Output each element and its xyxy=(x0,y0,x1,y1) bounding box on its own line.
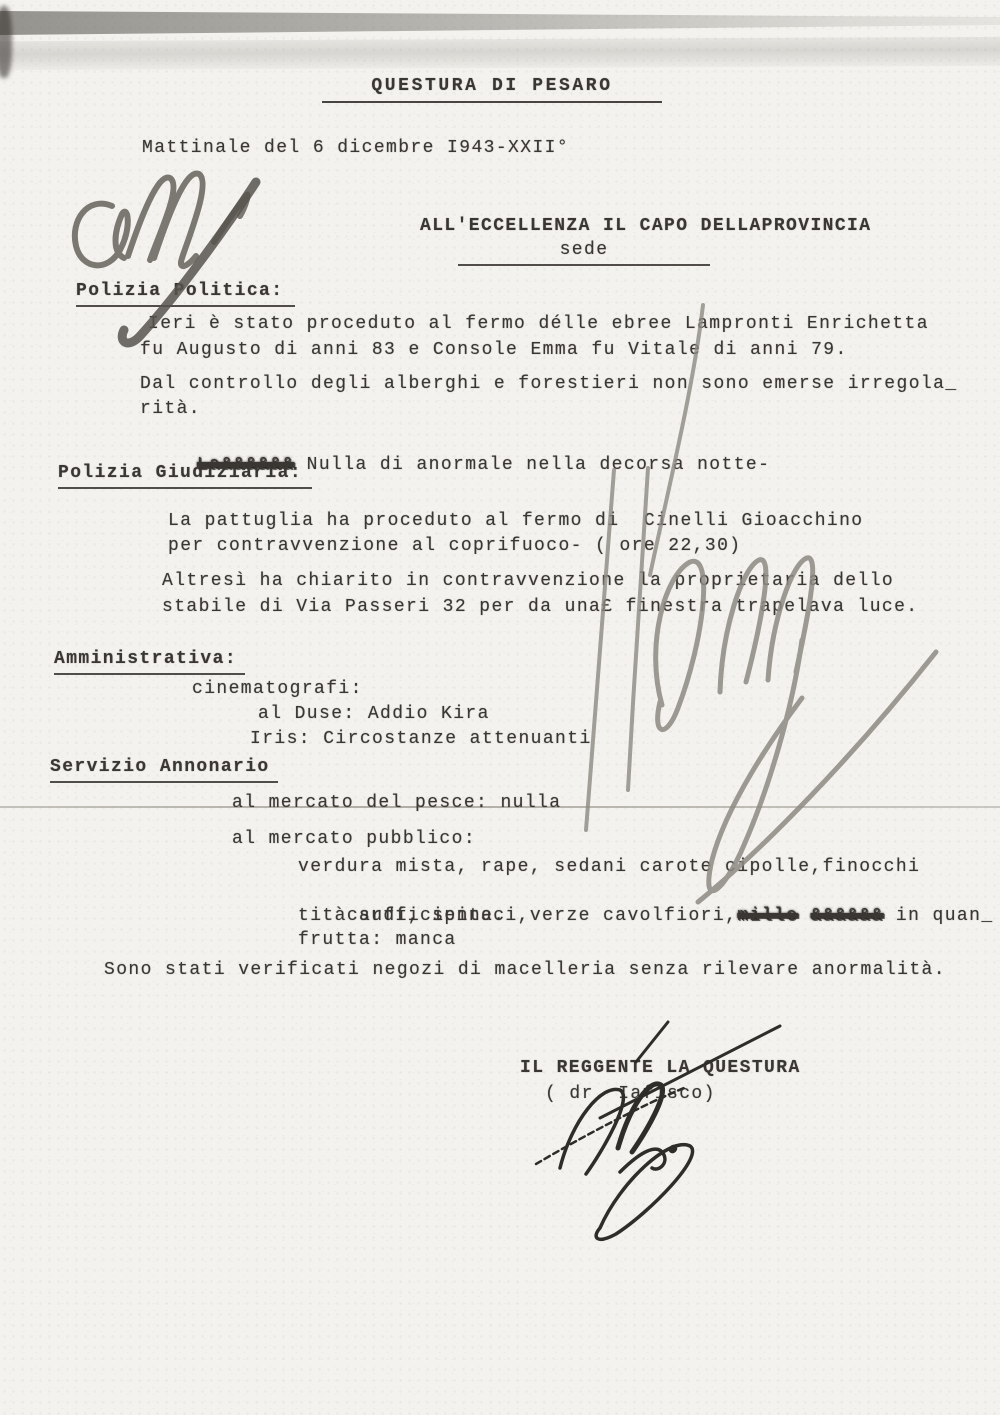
line-cinema-iris: Iris: Circostanze attenuanti xyxy=(250,727,592,751)
signature-title: IL REGGENTE LA QUESTURA xyxy=(520,1056,801,1080)
scan-edge-smudge xyxy=(0,6,12,78)
paragraph-pattuglia-line1: La pattuglia ha proceduto al fermo di Ci… xyxy=(168,509,864,533)
handwriting-overlay xyxy=(0,0,1000,1415)
scanned-document-page: QUESTURA DI PESARO Mattinale del 6 dicem… xyxy=(0,0,1000,1415)
paragraph-fermo-line1: Ieri è stato proceduto al fermo délle eb… xyxy=(148,312,929,336)
line-mercato-pubblico: al mercato pubblico: xyxy=(232,827,476,851)
spacer xyxy=(884,906,896,926)
section-heading-servizio-annonario: Servizio Annonario xyxy=(50,755,278,783)
section-heading-polizia-politica: Polizia Politica: xyxy=(76,279,295,307)
scan-artifact-band-top xyxy=(0,0,1000,42)
handwritten-note-alli xyxy=(75,173,248,266)
section-heading-amministrativa: Amministrativa: xyxy=(54,647,245,675)
paragraph-altresi-line1: Altresì ha chiarito in contravvenzione l… xyxy=(162,569,894,593)
paragraph-fermo-line2: fu Augusto di anni 83 e Console Emma fu … xyxy=(140,338,848,362)
signature-name: ( dr. Iafisco) xyxy=(545,1082,716,1106)
scan-artifact-band-second xyxy=(0,37,1000,70)
line-verdura-1: verdura mista, rape, sedani carote cipol… xyxy=(298,855,920,879)
section-heading-polizia-giudiziaria: Polizia Giudiziaria: xyxy=(58,461,312,489)
document-title: QUESTURA DI PESARO xyxy=(322,74,662,103)
recipient-line: ALL'ECCELLENZA IL CAPO DELLAPROVINCIA xyxy=(420,214,871,238)
recipient-sede: sede xyxy=(458,238,710,266)
line-macelleria: Sono stati verificati negozi di maceller… xyxy=(104,958,946,982)
line-verdura-2-post: in quan_ xyxy=(896,906,994,926)
paragraph-notte-text: Nulla di anormale nella decorsa notte- xyxy=(307,455,771,475)
paragraph-altresi-line2: stabile di Via Passeri 32 per da una£ fi… xyxy=(162,595,919,619)
date-line: Mattinale del 6 dicembre I943-XXII° xyxy=(142,136,569,160)
spacer xyxy=(798,906,810,926)
scribbled-out-word: mille xyxy=(737,906,798,926)
paragraph-alberghi-line2: rità. xyxy=(140,397,201,421)
line-mercato-pesce: al mercato del pesce: nulla xyxy=(232,791,561,815)
paragraph-pattuglia-line2: per contravvenzione al coprifuoco- ( ore… xyxy=(168,534,741,558)
paragraph-alberghi-line1: Dal controllo degli alberghi e forestier… xyxy=(140,372,958,396)
line-cinematografi: cinematografi: xyxy=(192,677,363,701)
line-frutta: frutta: manca xyxy=(298,928,457,952)
ink-signature xyxy=(536,1022,780,1239)
typed-overstrike-word: &&&&&& xyxy=(811,906,884,926)
line-verdura-3: tità sufficiente. xyxy=(298,904,505,928)
line-cinema-duse: al Duse: Addio Kira xyxy=(258,702,490,726)
